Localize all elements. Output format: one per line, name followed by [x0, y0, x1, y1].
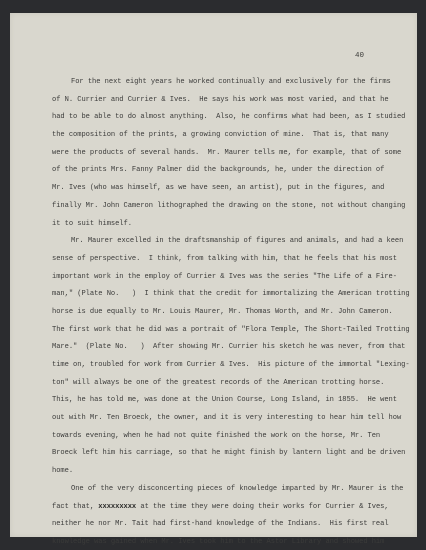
text-line: home. [52, 463, 387, 481]
struck-out-text: xxxxxxxxx [98, 503, 136, 511]
text-segment: at the time they were doing their works … [136, 503, 388, 511]
text-line: the composition of the prints, a growing… [52, 127, 387, 145]
text-line: This, he has told me, was done at the Un… [52, 392, 387, 410]
text-line: out with Mr. Ten Broeck, the owner, and … [52, 410, 387, 428]
text-line: sense of perspective. I think, from talk… [52, 251, 387, 269]
text-line: Mr. Maurer excelled in the draftsmanship… [52, 233, 387, 251]
text-line: horse is due equally to Mr. Louis Maurer… [52, 304, 387, 322]
body-text: For the next eight years he worked conti… [52, 74, 387, 550]
typewritten-page: 40 For the next eight years he worked co… [10, 13, 417, 537]
text-line: For the next eight years he worked conti… [52, 74, 387, 92]
text-line: finally Mr. John Cameron lithographed th… [52, 198, 387, 216]
text-line: ton" will always be one of the greatest … [52, 375, 387, 393]
text-segment: fact that, [52, 503, 98, 511]
text-line: it to suit himself. [52, 216, 387, 234]
text-line: Mr. Ives (who was himself, as we have se… [52, 180, 387, 198]
text-line: towards evening, when he had not quite f… [52, 428, 387, 446]
text-line: man," (Plate No. ) I think that the cred… [52, 286, 387, 304]
text-line: of N. Currier and Currier & Ives. He say… [52, 92, 387, 110]
text-line: One of the very disconcerting pieces of … [52, 481, 387, 499]
text-line: time on, troubled for work from Currier … [52, 357, 387, 375]
text-line: Broeck left him his carriage, so that he… [52, 445, 387, 463]
text-line: had to be able to do almost anything. Al… [52, 109, 387, 127]
text-line: knowledge was gained when Mr. Ives took … [52, 534, 387, 550]
text-line: important work in the employ of Currier … [52, 269, 387, 287]
text-line: were the products of several hands. Mr. … [52, 145, 387, 163]
text-line: of the prints Mrs. Fanny Palmer did the … [52, 162, 387, 180]
text-line: fact that, xxxxxxxxx at the time they we… [52, 499, 387, 517]
page-number: 40 [355, 52, 364, 60]
text-line: The first work that he did was a portrai… [52, 322, 387, 340]
text-line: Mare." (Plate No. ) After showing Mr. Cu… [52, 339, 387, 357]
text-line: neither he nor Mr. Tait had first-hand k… [52, 516, 387, 534]
